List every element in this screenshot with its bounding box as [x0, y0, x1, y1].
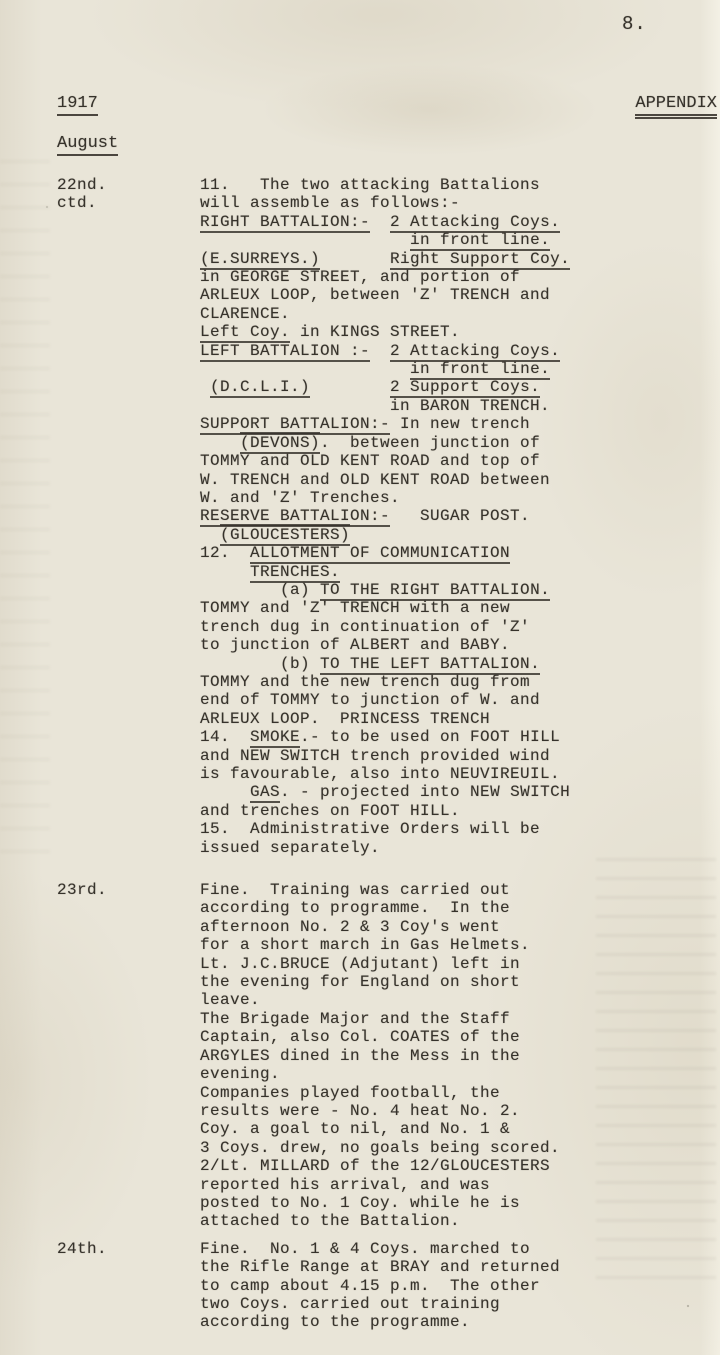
diary-line: Left Coy. in KINGS STREET. — [200, 323, 712, 341]
diary-line: posted to No. 1 Coy. while he is — [200, 1194, 712, 1212]
diary-line: TOMMY and OLD KENT ROAD and top of — [200, 452, 712, 470]
underlined-text: RIGHT BATTALION:- — [200, 213, 370, 233]
text-segment: SUGAR POST. — [390, 507, 530, 525]
diary-line: leave. — [200, 991, 712, 1009]
diary-line: 15. Administrative Orders will be — [200, 820, 712, 838]
text-segment: Fine. No. 1 & 4 Coys. marched to — [200, 1240, 530, 1258]
text-segment: 2/Lt. MILLARD of the 12/GLOUCESTERS — [200, 1157, 550, 1175]
text-segment: W. TRENCH and OLD KENT ROAD between — [200, 471, 550, 489]
text-segment — [200, 526, 220, 544]
text-segment: the evening for England on short — [200, 973, 520, 991]
text-segment — [200, 783, 250, 801]
diary-line: and NEW SWITCH trench provided wind — [200, 747, 712, 765]
text-segment: the Rifle Range at BRAY and returned — [200, 1258, 560, 1276]
text-segment: to junction of ALBERT and BABY. — [200, 636, 510, 654]
text-segment: in GEORGE STREET, and portion of — [200, 268, 520, 286]
text-segment: 12. — [200, 544, 250, 562]
diary-entry: 22nd.ctd.11. The two attacking Battalion… — [57, 176, 712, 857]
diary-line: the Rifle Range at BRAY and returned — [200, 1258, 712, 1276]
text-segment: ARLEUX LOOP. PRINCESS TRENCH — [200, 710, 490, 728]
underlined-text: (E.SURREYS.) — [200, 250, 320, 270]
diary-page: 8. 1917 APPENDIX August 22nd.ctd.11. The… — [0, 0, 720, 1355]
entry-date-column: 23rd. — [57, 881, 200, 1231]
diary-line: LEFT BATTALION :- 2 Attacking Coys. — [200, 342, 712, 360]
diary-line: SUPPORT BATTALION:- In new trench — [200, 415, 712, 433]
text-segment: for a short march in Gas Helmets. — [200, 936, 530, 954]
diary-line: ARLEUX LOOP, between 'Z' TRENCH and — [200, 286, 712, 304]
text-segment: reported his arrival, and was — [200, 1176, 490, 1194]
diary-line: to junction of ALBERT and BABY. — [200, 636, 712, 654]
year-heading: 1917 — [57, 94, 98, 116]
diary-line: in BARON TRENCH. — [200, 397, 712, 415]
entry-date: 23rd. — [57, 881, 200, 899]
diary-line: in GEORGE STREET, and portion of — [200, 268, 712, 286]
text-segment: according to programme. In the — [200, 899, 510, 917]
text-segment: ARGYLES dined in the Mess in the — [200, 1047, 520, 1065]
diary-entry: 23rd.Fine. Training was carried outaccor… — [57, 881, 712, 1231]
text-segment: according to the programme. — [200, 1313, 470, 1331]
diary-line: issued separately. — [200, 839, 712, 857]
diary-line: 3 Coys. drew, no goals being scored. — [200, 1139, 712, 1157]
diary-line: GAS. - projected into NEW SWITCH — [200, 783, 712, 801]
underlined-text: LEFT BATTALION :- — [200, 342, 370, 362]
diary-line: is favourable, also into NEUVIREUIL. — [200, 765, 712, 783]
text-segment: attached to the Battalion. — [200, 1212, 460, 1230]
text-segment — [370, 213, 390, 231]
text-segment: afternoon No. 2 & 3 Coy's went — [200, 918, 500, 936]
diary-line: Fine. Training was carried out — [200, 881, 712, 899]
diary-line: (E.SURREYS.) Right Support Coy. — [200, 250, 712, 268]
diary-line: end of TOMMY to junction of W. and — [200, 691, 712, 709]
underlined-text: 2 Support Coys. — [390, 378, 540, 398]
diary-line: to camp about 4.15 p.m. The other — [200, 1277, 712, 1295]
underlined-text: TO THE LEFT BATTALION. — [320, 655, 540, 675]
diary-line: ARGYLES dined in the Mess in the — [200, 1047, 712, 1065]
boxed-text: (DEVONS) — [240, 432, 320, 454]
diary-line: and trenches on FOOT HILL. — [200, 802, 712, 820]
diary-line: TOMMY and 'Z' TRENCH with a new — [200, 599, 712, 617]
underlined-text: 2 Attacking Coys. — [390, 342, 560, 362]
entry-body: Fine. Training was carried outaccording … — [200, 881, 712, 1231]
text-segment: in KINGS STREET. — [290, 323, 460, 341]
text-segment: trench dug in continuation of 'Z' — [200, 618, 530, 636]
diary-line: according to programme. In the — [200, 899, 712, 917]
text-segment — [310, 378, 390, 396]
diary-line: Companies played football, the — [200, 1084, 712, 1102]
entry-body: Fine. No. 1 & 4 Coys. marched tothe Rifl… — [200, 1240, 712, 1332]
text-segment: is favourable, also into NEUVIREUIL. — [200, 765, 560, 783]
entries: 22nd.ctd.11. The two attacking Battalion… — [57, 176, 712, 1332]
text-segment: will assemble as follows:- — [200, 194, 460, 212]
diary-line: the evening for England on short — [200, 973, 712, 991]
text-segment: evening. — [200, 1065, 280, 1083]
text-segment: end of TOMMY to junction of W. and — [200, 691, 540, 709]
text-segment — [200, 378, 210, 396]
text-segment — [200, 563, 250, 581]
underlined-text: 2 Attacking Coys. — [390, 213, 560, 233]
text-segment: Lt. J.C.BRUCE (Adjutant) left in — [200, 955, 520, 973]
entry-date: 22nd. — [57, 176, 200, 194]
underlined-text: ALLOTMENT OF COMMUNICATION — [250, 544, 510, 564]
diary-line: Captain, also Col. COATES of the — [200, 1028, 712, 1046]
diary-line: CLARENCE. — [200, 305, 712, 323]
diary-line: results were - No. 4 heat No. 2. — [200, 1102, 712, 1120]
text-segment: 14. — [200, 728, 250, 746]
text-segment: W. and 'Z' Trenches. — [200, 489, 400, 507]
diary-line: The Brigade Major and the Staff — [200, 1010, 712, 1028]
diary-line: 11. The two attacking Battalions — [200, 176, 712, 194]
diary-line: evening. — [200, 1065, 712, 1083]
diary-line: TOMMY and the new trench dug from — [200, 673, 712, 691]
diary-entry: 24th.Fine. No. 1 & 4 Coys. marched tothe… — [57, 1240, 712, 1332]
entry-body: 11. The two attacking Battalionswill ass… — [200, 176, 712, 857]
diary-line: (a) TO THE RIGHT BATTALION. — [200, 581, 712, 599]
text-segment — [200, 434, 240, 452]
underlined-text: GAS — [250, 783, 280, 803]
underlined-text: (D.C.L.I.) — [210, 378, 310, 398]
text-segment: Coy. a goal to nil, and No. 1 & — [200, 1120, 510, 1138]
appendix-heading: APPENDIX — [635, 94, 717, 119]
text-segment: Companies played football, the — [200, 1084, 500, 1102]
text-segment — [320, 250, 390, 268]
text-segment: in BARON TRENCH. — [200, 397, 550, 415]
diary-line: (GLOUCESTERS) — [200, 526, 712, 544]
text-segment: issued separately. — [200, 839, 380, 857]
text-segment: (b) — [200, 655, 320, 673]
diary-line: will assemble as follows:- — [200, 194, 712, 212]
diary-line: Coy. a goal to nil, and No. 1 & — [200, 1120, 712, 1138]
paper-bleed-texture-left — [0, 160, 50, 860]
text-segment: leave. — [200, 991, 260, 1009]
diary-line: in front line. — [200, 360, 712, 378]
diary-line: RIGHT BATTALION:- 2 Attacking Coys. — [200, 213, 712, 231]
text-segment: ARLEUX LOOP, between 'Z' TRENCH and — [200, 286, 550, 304]
diary-line: W. TRENCH and OLD KENT ROAD between — [200, 471, 712, 489]
diary-line: ARLEUX LOOP. PRINCESS TRENCH — [200, 710, 712, 728]
text-segment: two Coys. carried out training — [200, 1295, 500, 1313]
text-segment: .- to be used on FOOT HILL — [300, 728, 560, 746]
diary-line: for a short march in Gas Helmets. — [200, 936, 712, 954]
text-segment: 3 Coys. drew, no goals being scored. — [200, 1139, 560, 1157]
diary-line: trench dug in continuation of 'Z' — [200, 618, 712, 636]
text-segment — [200, 360, 410, 378]
diary-line: 12. ALLOTMENT OF COMMUNICATION — [200, 544, 712, 562]
text-segment: TOMMY and 'Z' TRENCH with a new — [200, 599, 510, 617]
underlined-text: SMOKE — [250, 728, 300, 748]
diary-line: afternoon No. 2 & 3 Coy's went — [200, 918, 712, 936]
underlined-text: TRENCHES. — [250, 563, 340, 583]
diary-line: (b) TO THE LEFT BATTALION. — [200, 655, 712, 673]
diary-line: two Coys. carried out training — [200, 1295, 712, 1313]
underlined-text: TO THE RIGHT BATTALION. — [320, 581, 550, 601]
text-segment: and NEW SWITCH trench provided wind — [200, 747, 550, 765]
underlined-text: Left Coy. — [200, 323, 290, 343]
diary-line: attached to the Battalion. — [200, 1212, 712, 1230]
text-segment: to camp about 4.15 p.m. The other — [200, 1277, 540, 1295]
text-segment: CLARENCE. — [200, 305, 290, 323]
diary-line: RESERVE BATTALION:- SUGAR POST. — [200, 507, 712, 525]
text-segment: (a) — [200, 581, 320, 599]
diary-line: according to the programme. — [200, 1313, 712, 1331]
boxed-text: (GLOUCESTERS) — [220, 524, 350, 546]
text-segment: Fine. Training was carried out — [200, 881, 510, 899]
text-segment — [200, 231, 410, 249]
diary-line: 2/Lt. MILLARD of the 12/GLOUCESTERS — [200, 1157, 712, 1175]
text-segment: . - projected into NEW SWITCH — [280, 783, 570, 801]
page-header: 1917 APPENDIX — [57, 94, 717, 119]
month-heading: August — [57, 134, 118, 156]
diary-line: (D.C.L.I.) 2 Support Coys. — [200, 378, 712, 396]
text-segment: In new trench — [390, 415, 530, 433]
text-segment: Captain, also Col. COATES of the — [200, 1028, 520, 1046]
diary-line: TRENCHES. — [200, 563, 712, 581]
entry-date: 24th. — [57, 1240, 200, 1258]
diary-line: W. and 'Z' Trenches. — [200, 489, 712, 507]
underlined-text: in front line. — [410, 231, 550, 251]
text-segment: 11. The two attacking Battalions — [200, 176, 540, 194]
text-segment: and trenches on FOOT HILL. — [200, 802, 460, 820]
text-segment: The Brigade Major and the Staff — [200, 1010, 510, 1028]
text-segment: TOMMY and the new trench dug from — [200, 673, 530, 691]
underlined-text: Right Support Coy. — [390, 250, 570, 270]
text-segment: results were - No. 4 heat No. 2. — [200, 1102, 520, 1120]
diary-line: (DEVONS). between junction of — [200, 434, 712, 452]
text-segment: . between junction of — [320, 434, 540, 452]
entry-date: ctd. — [57, 194, 200, 212]
page-number: 8. — [622, 13, 647, 35]
text-segment: 15. Administrative Orders will be — [200, 820, 540, 838]
entry-date-column: 22nd.ctd. — [57, 176, 200, 857]
entry-date-column: 24th. — [57, 1240, 200, 1332]
diary-line: Fine. No. 1 & 4 Coys. marched to — [200, 1240, 712, 1258]
text-segment: TOMMY and OLD KENT ROAD and top of — [200, 452, 540, 470]
diary-line: reported his arrival, and was — [200, 1176, 712, 1194]
diary-line: Lt. J.C.BRUCE (Adjutant) left in — [200, 955, 712, 973]
diary-line: 14. SMOKE.- to be used on FOOT HILL — [200, 728, 712, 746]
text-segment — [370, 342, 390, 360]
text-segment: posted to No. 1 Coy. while he is — [200, 1194, 520, 1212]
diary-line: in front line. — [200, 231, 712, 249]
